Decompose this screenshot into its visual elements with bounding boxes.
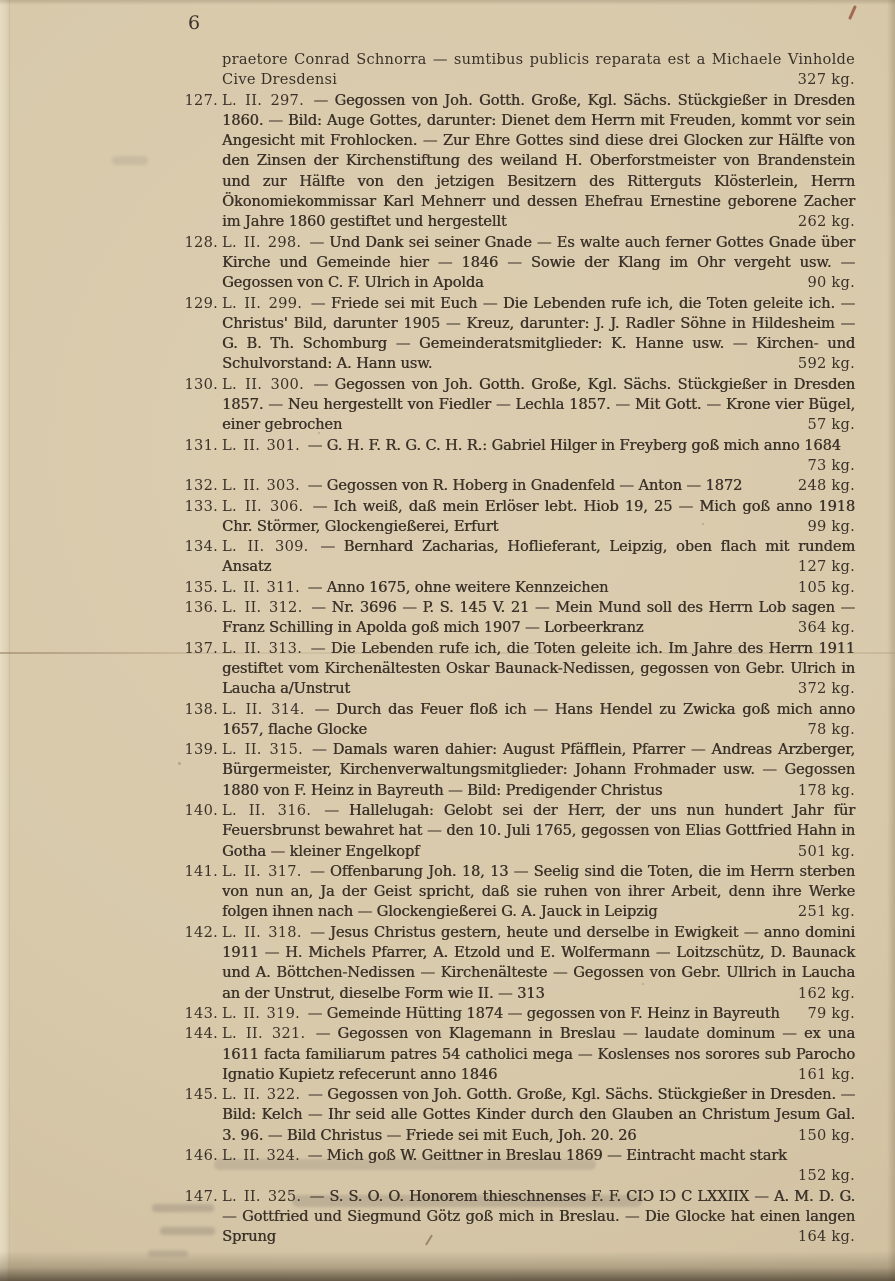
- entry-number: 136.: [184, 598, 218, 618]
- entry-weight: 364 kg.: [786, 618, 855, 638]
- entry-inventory-ref: L. II. 324.: [222, 1147, 303, 1164]
- paper-left-edge: [0, 0, 10, 1281]
- bell-entry-row: 134.L. II. 309. — Bernhard Zacharias, Ho…: [222, 537, 855, 578]
- scan-shadow-top: [0, 0, 895, 5]
- entry-list: 127.L. II. 297. — Gegossen von Joh. Gott…: [222, 91, 855, 1248]
- bell-entry-row: 132.L. II. 303. — Gegossen von R. Hoberg…: [222, 476, 855, 496]
- entry-inventory-ref: L. II. 322.: [222, 1086, 303, 1103]
- entry-weight: 105 kg.: [786, 578, 855, 598]
- bell-entry-row: 127.L. II. 297. — Gegossen von Joh. Gott…: [222, 91, 855, 233]
- entry-weight: 501 kg.: [786, 842, 855, 862]
- entry-weight: 90 kg.: [795, 273, 855, 293]
- entry-description: — Bernhard Zacharias, Hoflieferant, Leip…: [222, 538, 855, 575]
- entry-weight: 73 kg.: [795, 456, 855, 476]
- entry-description: — Offenbarung Joh. 18, 13 — Seelig sind …: [222, 863, 855, 921]
- bell-entry-row: 145.L. II. 322. — Gegossen von Joh. Gott…: [222, 1085, 855, 1146]
- entry-weight: 161 kg.: [786, 1065, 855, 1085]
- entry-number: 142.: [184, 923, 218, 943]
- bell-entry-row: 131.L. II. 301. — G. H. F. R. G. C. H. R…: [222, 436, 855, 477]
- entry-weight: 372 kg.: [786, 679, 855, 699]
- entry-inventory-ref: L. II. 298.: [222, 234, 304, 251]
- entry-inventory-ref: L. II. 317.: [222, 863, 305, 880]
- entry-number: 144.: [184, 1024, 218, 1044]
- entry-description: — Gegossen von R. Hoberg in Gnadenfeld —…: [303, 477, 742, 494]
- bell-entry-row: 143.L. II. 319. — Gemeinde Hütting 1874 …: [222, 1004, 855, 1024]
- entry-number: 140.: [184, 801, 218, 821]
- red-scratch-mark: [848, 5, 857, 20]
- scan-shadow-bottom: [0, 1251, 895, 1281]
- entry-number: 127.: [184, 91, 218, 111]
- entry-weight: 57 kg.: [795, 415, 855, 435]
- entry-inventory-ref: L. II. 309.: [222, 538, 312, 555]
- entry-description: — Gegossen von Joh. Gotth. Große, Kgl. S…: [222, 92, 855, 231]
- entry-number: 131.: [184, 436, 218, 456]
- entry-number: 139.: [184, 740, 218, 760]
- bell-entry-row: 136.L. II. 312. — Nr. 3696 — P. S. 145 V…: [222, 598, 855, 639]
- entry-description: — Gemeinde Hütting 1874 — gegossen von F…: [303, 1005, 780, 1022]
- bell-entry-row: 130.L. II. 300. — Gegossen von Joh. Gott…: [222, 375, 855, 436]
- entry-description: — Hallelugah: Gelobt sei der Herr, der u…: [222, 802, 855, 860]
- entry-number: 147.: [184, 1187, 218, 1207]
- entry-number: 146.: [184, 1146, 218, 1166]
- intro-text: praetore Conrad Schnorra — sumtibus publ…: [222, 51, 855, 88]
- entry-inventory-ref: L. II. 315.: [222, 741, 306, 758]
- scanned-book-page: 6 praetore Conrad Schnorra — sumtibus pu…: [0, 0, 895, 1281]
- bell-entry-row: 137.L. II. 313. — Die Lebenden rufe ich,…: [222, 639, 855, 700]
- entry-number: 132.: [184, 476, 218, 496]
- bell-entry-row: 140.L. II. 316. — Hallelugah: Gelobt sei…: [222, 801, 855, 862]
- entry-inventory-ref: L. II. 316.: [222, 802, 314, 819]
- entry-inventory-ref: L. II. 318.: [222, 924, 305, 941]
- entry-weight: 251 kg.: [786, 902, 855, 922]
- bell-entry-row: 128.L. II. 298. — Und Dank sei seiner Gn…: [222, 233, 855, 294]
- entry-number: 134.: [184, 537, 218, 557]
- entry-inventory-ref: L. II. 313.: [222, 640, 305, 657]
- scan-shadow-right: [887, 0, 895, 1281]
- entry-inventory-ref: L. II. 314.: [222, 701, 308, 718]
- entry-inventory-ref: L. II. 311.: [222, 579, 303, 596]
- entry-description: — Damals waren dahier: August Pfäfflein,…: [222, 741, 855, 799]
- entry-description: — Gegossen von Joh. Gotth. Große, Kgl. S…: [222, 376, 855, 434]
- bell-entry-row: 138.L. II. 314. — Durch das Feuer floß i…: [222, 700, 855, 741]
- entry-number: 137.: [184, 639, 218, 659]
- paper-speck: [178, 762, 181, 765]
- bell-entry-row: 139.L. II. 315. — Damals waren dahier: A…: [222, 740, 855, 801]
- entry-description: — Jesus Christus gestern, heute und ders…: [222, 924, 855, 1002]
- entry-weight: 178 kg.: [786, 781, 855, 801]
- entry-inventory-ref: L. II. 312.: [222, 599, 305, 616]
- entry-weight: 162 kg.: [786, 984, 855, 1004]
- entry-inventory-ref: L. II. 306.: [222, 498, 306, 515]
- entry-number: 143.: [184, 1004, 218, 1024]
- entry-number: 135.: [184, 578, 218, 598]
- entry-number: 130.: [184, 375, 218, 395]
- entry-description: — Die Lebenden rufe ich, die Toten gelei…: [222, 640, 855, 698]
- page-number: 6: [188, 12, 200, 34]
- entry-weight: 79 kg.: [795, 1004, 855, 1024]
- text-column: praetore Conrad Schnorra — sumtibus publ…: [222, 50, 855, 1248]
- entry-inventory-ref: L. II. 297.: [222, 92, 307, 109]
- entry-inventory-ref: L. II. 321.: [222, 1025, 308, 1042]
- bell-entry-row: 129.L. II. 299. — Friede sei mit Euch — …: [222, 294, 855, 375]
- entry-inventory-ref: L. II. 319.: [222, 1005, 303, 1022]
- entry-description: — Und Dank sei seiner Gnade — Es walte a…: [222, 234, 855, 292]
- bell-entry-row: 141.L. II. 317. — Offenbarung Joh. 18, 1…: [222, 862, 855, 923]
- entry-number: 128.: [184, 233, 218, 253]
- bell-entry-row: 144.L. II. 321. — Gegossen von Klagemann…: [222, 1024, 855, 1085]
- entry-description: — Anno 1675, ohne weitere Kennzeichen: [303, 579, 608, 596]
- entry-weight: 152 kg.: [786, 1166, 855, 1186]
- entry-inventory-ref: L. II. 299.: [222, 295, 305, 312]
- entry-number: 145.: [184, 1085, 218, 1105]
- entry-number: 141.: [184, 862, 218, 882]
- bell-entry-row: 146.L. II. 324. — Mich goß W. Geittner i…: [222, 1146, 855, 1187]
- entry-inventory-ref: L. II. 300.: [222, 376, 307, 393]
- entry-weight: 127 kg.: [786, 557, 855, 577]
- print-through-ghost: [112, 156, 148, 165]
- entry-number: 133.: [184, 497, 218, 517]
- entry-weight: 248 kg.: [786, 476, 855, 496]
- intro-paragraph: praetore Conrad Schnorra — sumtibus publ…: [222, 50, 855, 91]
- entry-weight: 262 kg.: [786, 212, 855, 232]
- entry-description: — S. S. O. O. Honorem thieschnenses F. F…: [222, 1188, 855, 1246]
- bell-entry-row: 135.L. II. 311. — Anno 1675, ohne weiter…: [222, 578, 855, 598]
- intro-weight: 327 kg.: [786, 70, 855, 90]
- entry-number: 138.: [184, 700, 218, 720]
- entry-inventory-ref: L. II. 303.: [222, 477, 303, 494]
- entry-weight: 150 kg.: [786, 1126, 855, 1146]
- entry-description: — Gegossen von Joh. Gotth. Große, Kgl. S…: [222, 1086, 855, 1144]
- entry-description: — Gegossen von Klagemann in Breslau — la…: [222, 1025, 855, 1083]
- bell-entry-row: 142.L. II. 318. — Jesus Christus gestern…: [222, 923, 855, 1004]
- entry-weight: 78 kg.: [795, 720, 855, 740]
- entry-description: — Friede sei mit Euch — Die Lebenden ruf…: [222, 295, 855, 373]
- entry-inventory-ref: L. II. 325.: [222, 1188, 304, 1205]
- entry-weight: 592 kg.: [786, 354, 855, 374]
- entry-weight: 99 kg.: [795, 517, 855, 537]
- print-through-ghost: [160, 1227, 215, 1235]
- entry-weight: 164 kg.: [786, 1227, 855, 1247]
- bell-entry-row: 133.L. II. 306. — Ich weiß, daß mein Erl…: [222, 497, 855, 538]
- entry-description: — Nr. 3696 — P. S. 145 V. 21 — Mein Mund…: [222, 599, 855, 636]
- entry-description: — Durch das Feuer floß ich — Hans Hendel…: [222, 701, 855, 738]
- entry-description: — G. H. F. R. G. C. H. R.: Gabriel Hilge…: [303, 437, 841, 454]
- entry-description: — Mich goß W. Geittner in Breslau 1869 —…: [303, 1147, 787, 1164]
- bell-entry-row: 147.L. II. 325. — S. S. O. O. Honorem th…: [222, 1187, 855, 1248]
- entry-number: 129.: [184, 294, 218, 314]
- entry-inventory-ref: L. II. 301.: [222, 437, 303, 454]
- entry-description: — Ich weiß, daß mein Erlöser lebt. Hiob …: [222, 498, 855, 535]
